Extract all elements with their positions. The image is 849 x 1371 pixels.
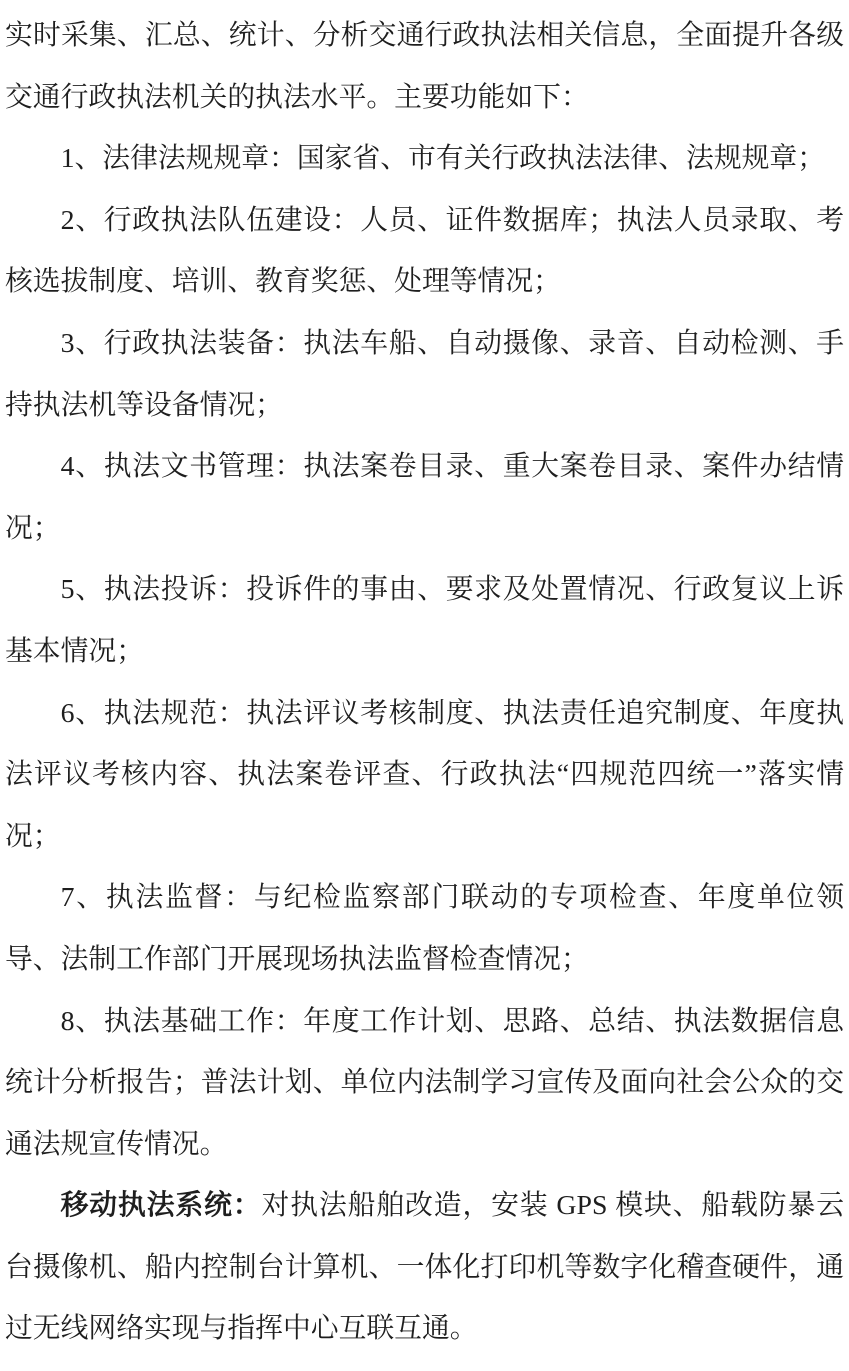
paragraph-text: 4、执法文书管理：执法案卷目录、重大案卷目录、案件办结情况； [5,451,844,544]
paragraph-text: 1、法律法规规章：国家省、市有关行政执法法律、法规规章； [61,143,825,174]
paragraph: 3、行政执法装备：执法车船、自动摄像、录音、自动检测、手持执法机等设备情况； [5,313,844,436]
paragraph-text: 实时采集、汇总、统计、分析交通行政执法相关信息，全面提升各级交通行政执法机关的执… [5,20,844,113]
document-page: 实时采集、汇总、统计、分析交通行政执法相关信息，全面提升各级交通行政执法机关的执… [0,0,849,1371]
paragraph: 2、行政执法队伍建设：人员、证件数据库；执法人员录取、考核选拔制度、培训、教育奖… [5,190,844,313]
paragraph: 4、执法文书管理：执法案卷目录、重大案卷目录、案件办结情况； [5,436,844,559]
paragraph-text: 7、执法监督：与纪检监察部门联动的专项检查、年度单位领导、法制工作部门开展现场执… [5,882,844,975]
paragraph: 1、法律法规规章：国家省、市有关行政执法法律、法规规章； [5,128,844,190]
paragraph-text: 6、执法规范：执法评议考核制度、执法责任追究制度、年度执法评议考核内容、执法案卷… [5,698,844,852]
paragraph: 8、执法基础工作：年度工作计划、思路、总结、执法数据信息统计分析报告；普法计划、… [5,991,844,1176]
paragraph: 7、执法监督：与纪检监察部门联动的专项检查、年度单位领导、法制工作部门开展现场执… [5,867,844,990]
paragraph: 6、执法规范：执法评议考核制度、执法责任追究制度、年度执法评议考核内容、执法案卷… [5,683,844,868]
paragraph-text: 5、执法投诉：投诉件的事由、要求及处置情况、行政复议上诉基本情况； [5,574,844,667]
paragraph-text: 3、行政执法装备：执法车船、自动摄像、录音、自动检测、手持执法机等设备情况； [5,328,844,421]
paragraph-text: 2、行政执法队伍建设：人员、证件数据库；执法人员录取、考核选拔制度、培训、教育奖… [5,205,844,298]
paragraph-text: 8、执法基础工作：年度工作计划、思路、总结、执法数据信息统计分析报告；普法计划、… [5,1006,844,1160]
paragraph-lead-bold: 移动执法系统： [61,1190,262,1221]
document-body: 实时采集、汇总、统计、分析交通行政执法相关信息，全面提升各级交通行政执法机关的执… [5,5,844,1360]
paragraph: 5、执法投诉：投诉件的事由、要求及处置情况、行政复议上诉基本情况； [5,559,844,682]
paragraph: 移动执法系统：对执法船舶改造，安装 GPS 模块、船载防暴云台摄像机、船内控制台… [5,1175,844,1360]
paragraph: 实时采集、汇总、统计、分析交通行政执法相关信息，全面提升各级交通行政执法机关的执… [5,5,844,128]
